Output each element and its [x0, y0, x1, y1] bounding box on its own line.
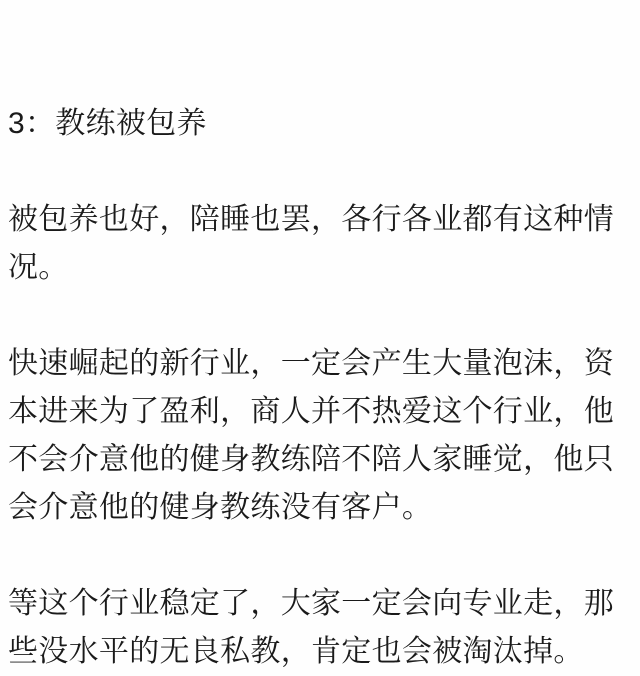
section-heading: 3：教练被包养	[8, 100, 614, 148]
paragraph-1: 被包养也好，陪睡也罢，各行各业都有这种情况。	[8, 196, 614, 292]
article-page: 3：教练被包养 被包养也好，陪睡也罢，各行各业都有这种情况。 快速崛起的新行业，…	[0, 0, 640, 676]
paragraph-2: 快速崛起的新行业，一定会产生大量泡沫，资本进来为了盈利，商人并不热爱这个行业，他…	[8, 340, 614, 532]
paragraph-3: 等这个行业稳定了，大家一定会向专业走，那些没水平的无良私教，肯定也会被淘汰掉。	[8, 580, 614, 676]
